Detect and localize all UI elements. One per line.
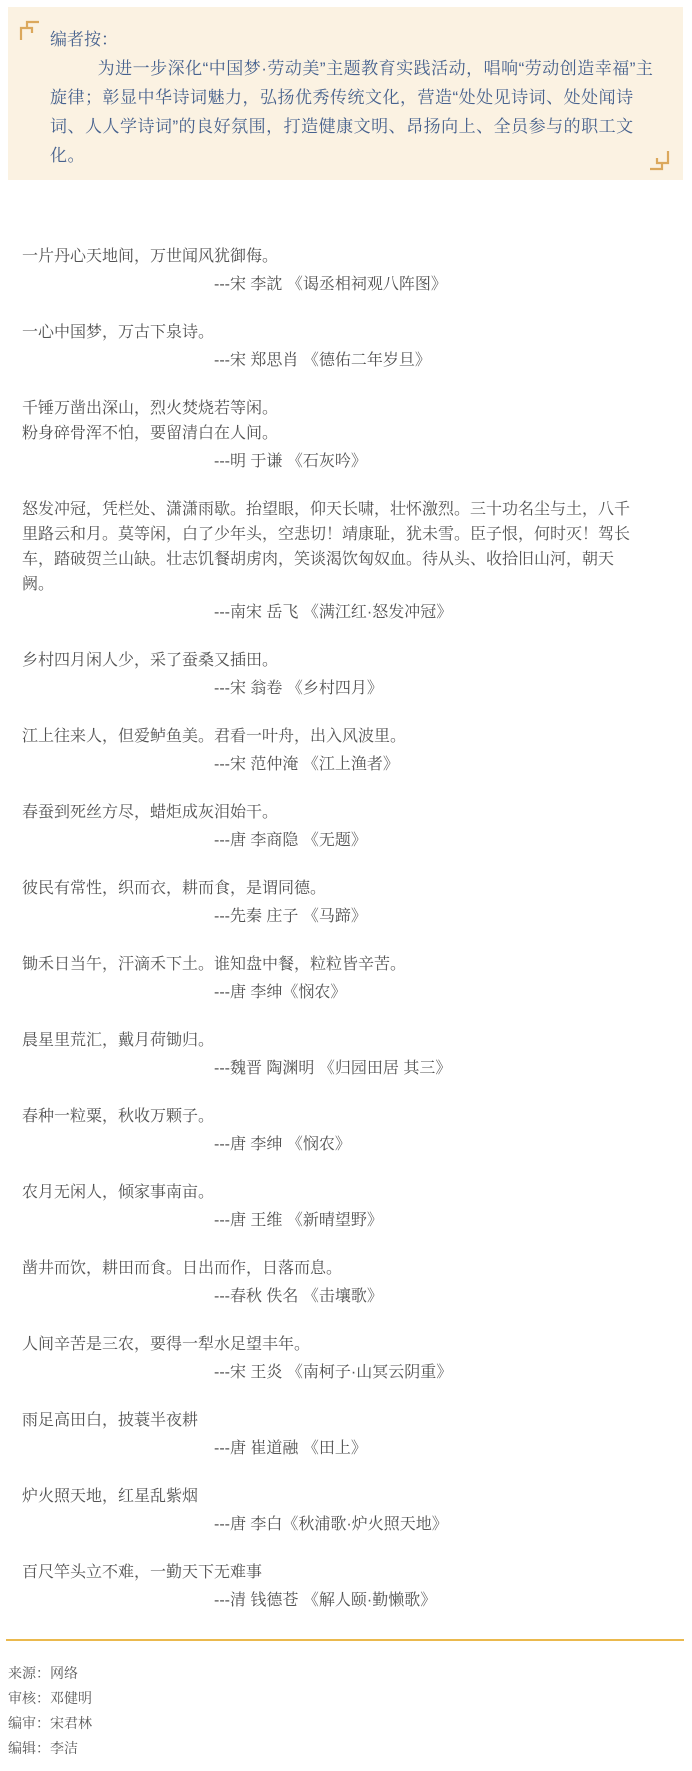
poem-block: 春种一粒粟，秋收万颗子。 ---唐 李绅 《悯农》 [22,1104,670,1157]
fret-corner-ornament-bottom-right-icon [649,150,671,172]
poem-verse: 晨星里荒汇，戴月荷锄归。 [22,1028,670,1053]
poem-block: 怒发冲冠，凭栏处、潇潇雨歇。抬望眼，仰天长啸，壮怀激烈。三十功名尘与土，八千 里… [22,497,670,625]
poem-block: 农月无闲人，倾家事南亩。 ---唐 王维 《新晴望野》 [22,1180,670,1233]
footer-credit-line: 审核：邓健明 [8,1686,684,1711]
poem-attribution: ---唐 李白《秋浦歌·炉火照天地》 [22,1512,670,1537]
poem-verse: 一心中国梦，万古下泉诗。 [22,320,670,345]
poem-verse: 炉火照天地，红星乱紫烟 [22,1484,670,1509]
poem-block: 人间辛苦是三农，要得一犁水足望丰年。 ---宋 王炎 《南柯子·山冥云阴重》 [22,1332,670,1385]
editor-note-body: 为进一步深化“中国梦·劳动美”主题教育实践活动，唱响“劳动创造幸福”主 旋律；彰… [50,54,657,170]
poem-block: 雨足高田白，披蓑半夜耕 ---唐 崔道融 《田上》 [22,1408,670,1461]
poem-block: 百尺竿头立不难，一勤天下无难事 ---清 钱德苍 《解人颐·勤懒歌》 [22,1560,670,1613]
poem-verse: 春种一粒粟，秋收万颗子。 [22,1104,670,1129]
poem-verse: 一片丹心天地间，万世闻风犹御侮。 [22,244,670,269]
poem-verse: 人间辛苦是三农，要得一犁水足望丰年。 [22,1332,670,1357]
fret-corner-ornament-top-left-icon [18,19,40,41]
poem-verse: 雨足高田白，披蓑半夜耕 [22,1408,670,1433]
poem-verse: 锄禾日当午，汗滴禾下土。谁知盘中餐，粒粒皆辛苦。 [22,952,670,977]
poem-attribution: ---唐 崔道融 《田上》 [22,1436,670,1461]
footer-credit-line: 编辑：李洁 [8,1736,684,1761]
poem-attribution: ---清 钱德苍 《解人颐·勤懒歌》 [22,1588,670,1613]
poem-verse: 江上往来人，但爱鲈鱼美。君看一叶舟，出入风波里。 [22,724,670,749]
editor-note-label: 编者按： [50,25,657,54]
poem-attribution: ---宋 李訦 《谒丞相祠观八阵图》 [22,272,670,297]
poem-verse: 彼民有常性，织而衣，耕而食，是谓同德。 [22,876,670,901]
poem-attribution: ---唐 李商隐 《无题》 [22,828,670,853]
poem-attribution: ---南宋 岳飞 《满江红·怒发冲冠》 [22,600,670,625]
poem-verse: 春蚕到死丝方尽，蜡炬成灰泪始干。 [22,800,670,825]
poem-attribution: ---宋 郑思肖 《德佑二年岁旦》 [22,348,670,373]
poem-verse: 乡村四月闲人少，采了蚕桑又插田。 [22,648,670,673]
poem-block: 千锤万凿出深山，烈火焚烧若等闲。 粉身碎骨浑不怕，要留清白在人间。 ---明 于… [22,396,670,474]
poem-attribution: ---唐 王维 《新晴望野》 [22,1208,670,1233]
poem-block: 一片丹心天地间，万世闻风犹御侮。 ---宋 李訦 《谒丞相祠观八阵图》 [22,244,670,297]
poem-attribution: ---先秦 庄子 《马蹄》 [22,904,670,929]
poem-verse: 怒发冲冠，凭栏处、潇潇雨歇。抬望眼，仰天长啸，壮怀激烈。三十功名尘与土，八千 里… [22,497,670,597]
poem-verse: 千锤万凿出深山，烈火焚烧若等闲。 粉身碎骨浑不怕，要留清白在人间。 [22,396,670,446]
poem-block: 春蚕到死丝方尽，蜡炬成灰泪始干。 ---唐 李商隐 《无题》 [22,800,670,853]
poem-block: 彼民有常性，织而衣，耕而食，是谓同德。 ---先秦 庄子 《马蹄》 [22,876,670,929]
article-footer: 来源：网络 审核：邓健明 编审：宋君林 编辑：李洁 [0,1639,692,1761]
footer-credits: 来源：网络 审核：邓健明 编审：宋君林 编辑：李洁 [0,1641,692,1761]
poem-verse: 凿井而饮，耕田而食。日出而作，日落而息。 [22,1256,670,1281]
poem-block: 乡村四月闲人少，采了蚕桑又插田。 ---宋 翁卷 《乡村四月》 [22,648,670,701]
poem-attribution: ---宋 范仲淹 《江上渔者》 [22,752,670,777]
poem-block: 江上往来人，但爱鲈鱼美。君看一叶舟，出入风波里。 ---宋 范仲淹 《江上渔者》 [22,724,670,777]
poem-attribution: ---宋 王炎 《南柯子·山冥云阴重》 [22,1360,670,1385]
poem-attribution: ---唐 李绅《悯农》 [22,980,670,1005]
editor-note-box: 编者按： 为进一步深化“中国梦·劳动美”主题教育实践活动，唱响“劳动创造幸福”主… [8,7,683,180]
poem-attribution: ---唐 李绅 《悯农》 [22,1132,670,1157]
footer-credit-line: 编审：宋君林 [8,1711,684,1736]
poem-verse: 农月无闲人，倾家事南亩。 [22,1180,670,1205]
poem-list: 一片丹心天地间，万世闻风犹御侮。 ---宋 李訦 《谒丞相祠观八阵图》 一心中国… [0,244,692,1613]
poem-attribution: ---明 于谦 《石灰吟》 [22,449,670,474]
poem-block: 炉火照天地，红星乱紫烟 ---唐 李白《秋浦歌·炉火照天地》 [22,1484,670,1537]
poem-block: 晨星里荒汇，戴月荷锄归。 ---魏晋 陶渊明 《归园田居 其三》 [22,1028,670,1081]
poem-attribution: ---魏晋 陶渊明 《归园田居 其三》 [22,1056,670,1081]
poem-block: 一心中国梦，万古下泉诗。 ---宋 郑思肖 《德佑二年岁旦》 [22,320,670,373]
poem-block: 锄禾日当午，汗滴禾下土。谁知盘中餐，粒粒皆辛苦。 ---唐 李绅《悯农》 [22,952,670,1005]
footer-credit-line: 来源：网络 [8,1661,684,1686]
poem-block: 凿井而饮，耕田而食。日出而作，日落而息。 ---春秋 佚名 《击壤歌》 [22,1256,670,1309]
article-page: 编者按： 为进一步深化“中国梦·劳动美”主题教育实践活动，唱响“劳动创造幸福”主… [0,0,692,1771]
poem-attribution: ---春秋 佚名 《击壤歌》 [22,1284,670,1309]
poem-attribution: ---宋 翁卷 《乡村四月》 [22,676,670,701]
poem-verse: 百尺竿头立不难，一勤天下无难事 [22,1560,670,1585]
